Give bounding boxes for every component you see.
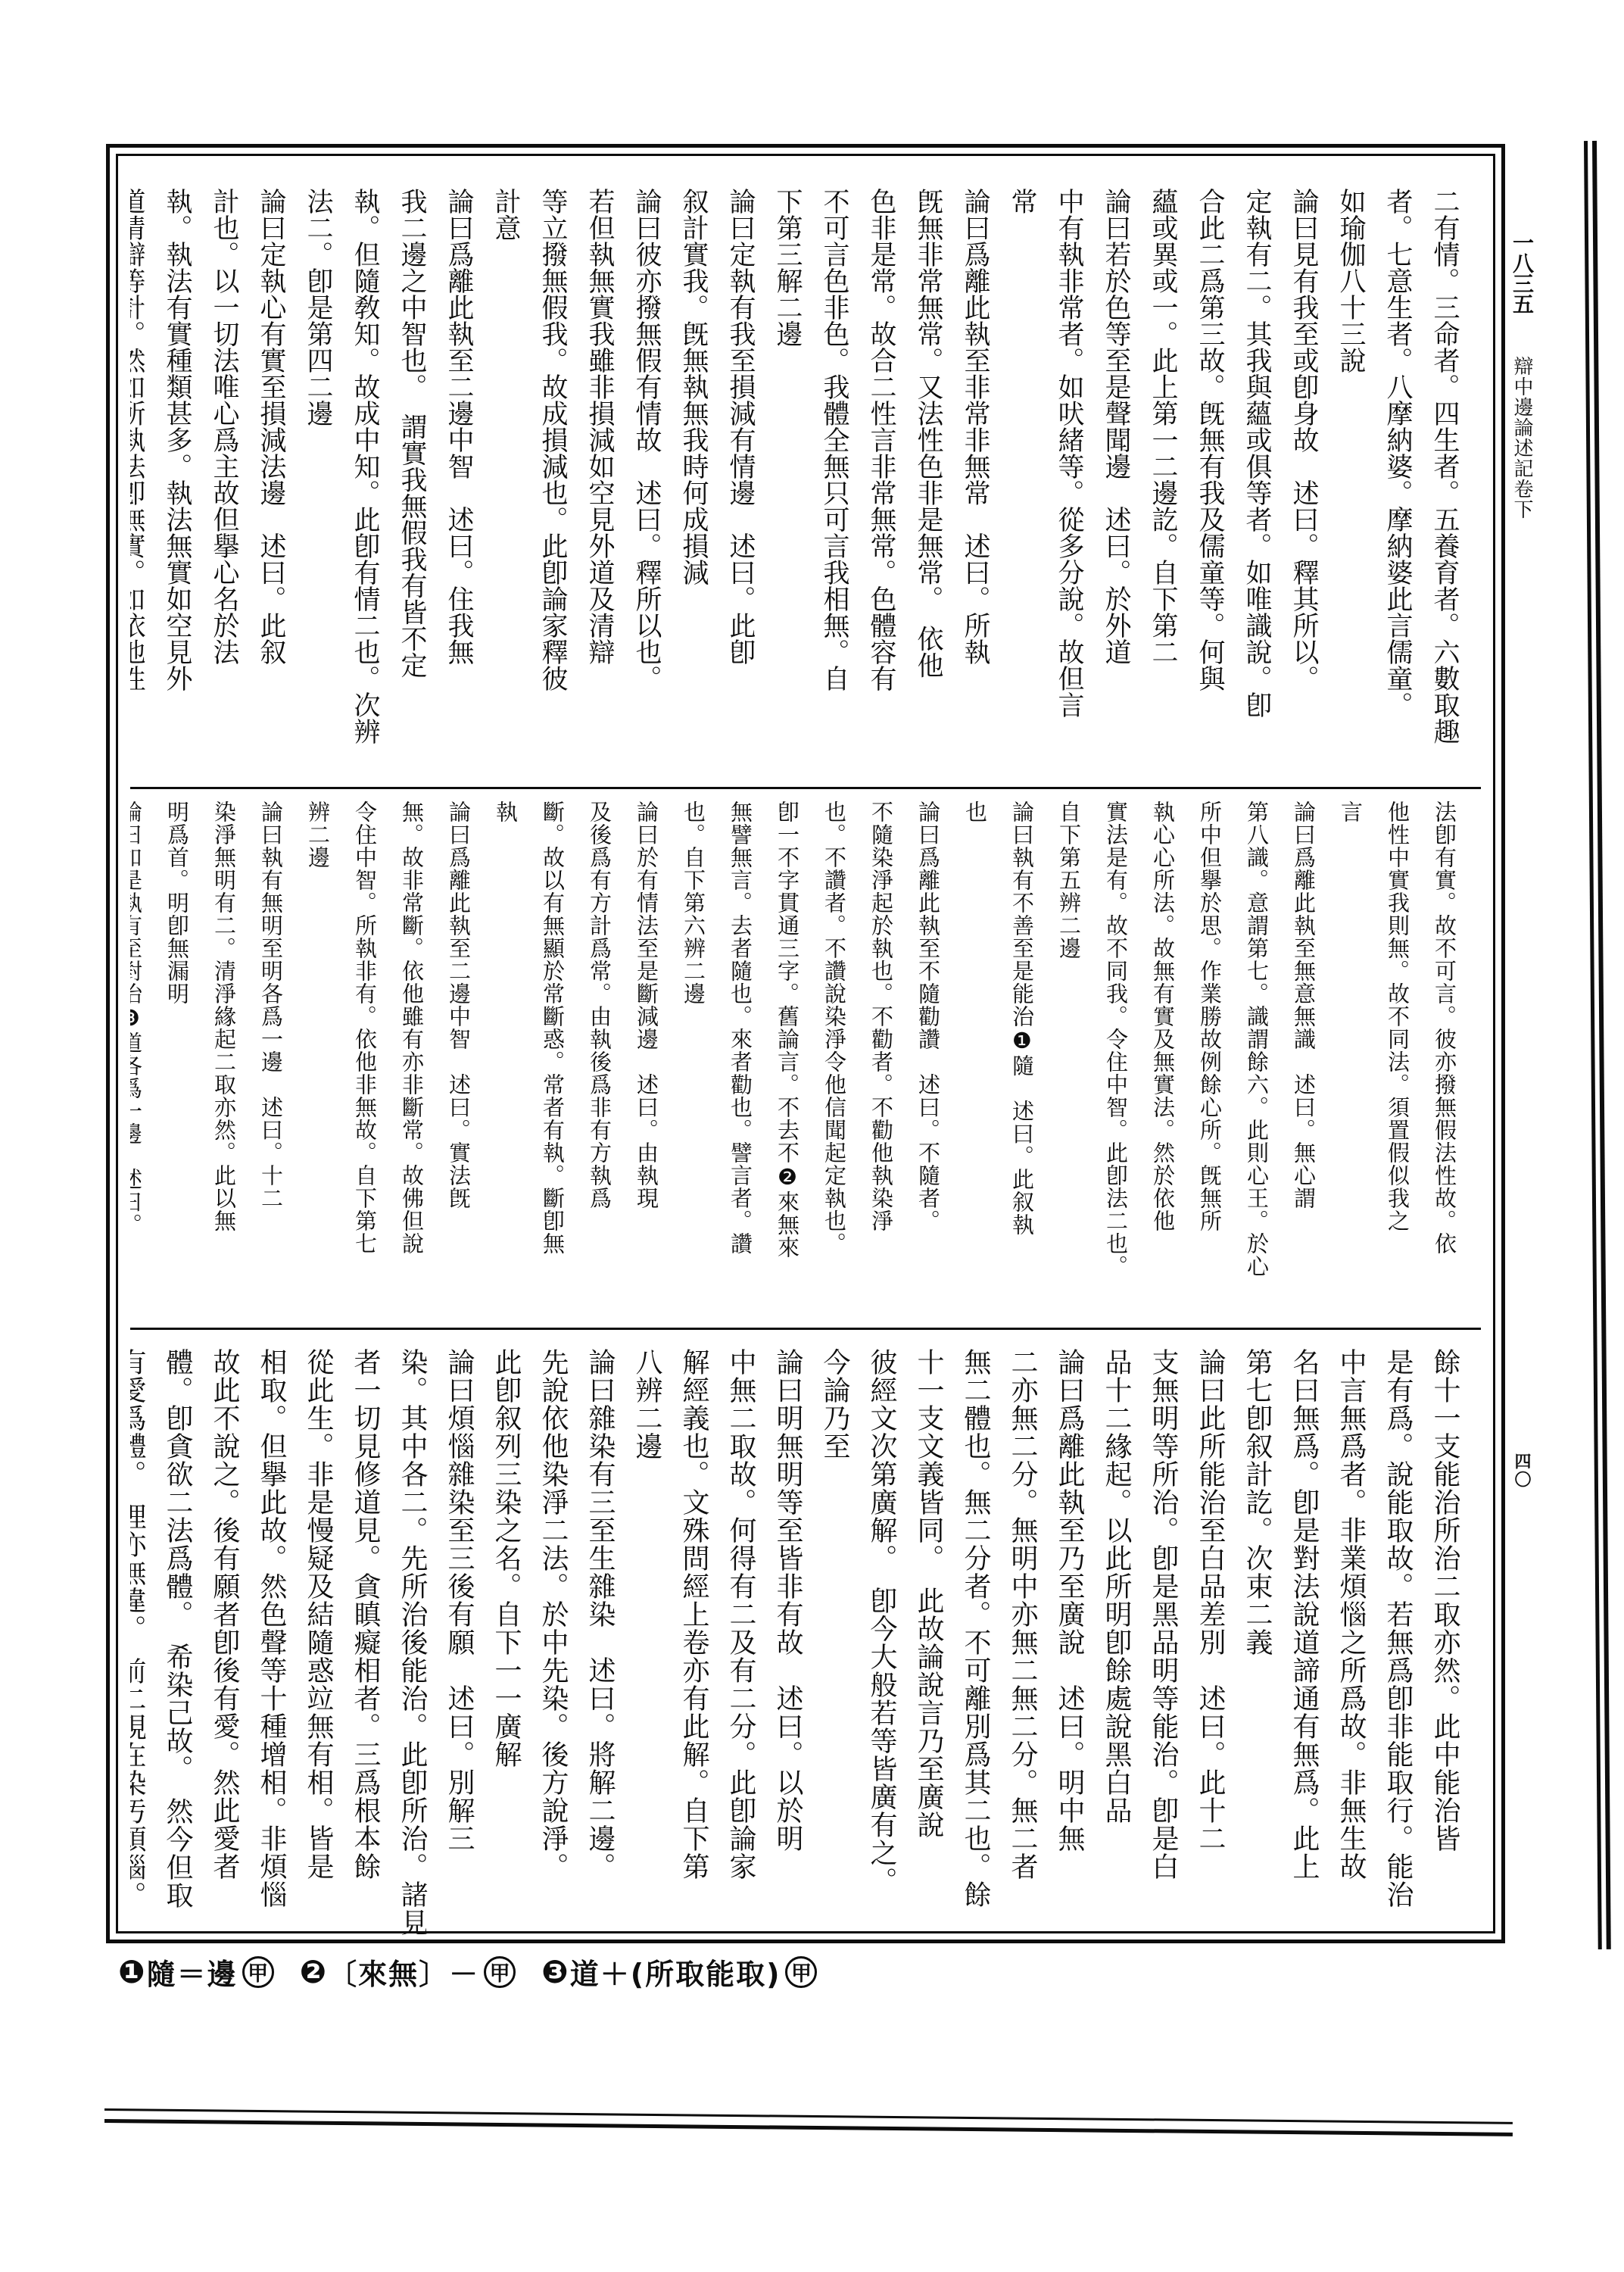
footnote-row: ❶ 隨＝邊 甲 ❷ 〔來無〕－ 甲 ❸ 道＋(所取能取) 甲 bbox=[118, 1951, 817, 1993]
text-column: 支無明等所治。卽是黑品明等能治。卽是白 bbox=[1139, 1348, 1186, 1939]
text-column: 論曰煩惱雜染至三後有願 述曰。別解三 bbox=[435, 1348, 482, 1939]
text-column: 叙計實我。旣無執無我時何成損減 bbox=[669, 188, 716, 782]
text-column: 執心心所法。故無有實及無實法。然於依他 bbox=[1139, 801, 1186, 1323]
text-column: 法二。卽是第四二邊 bbox=[294, 188, 341, 782]
text-column: 彼經文次第廣解。 卽今大般若等皆廣有之。 bbox=[857, 1348, 904, 1939]
page-scan: { "margin_header": { "page_number": "一八三… bbox=[0, 0, 1624, 2272]
text-column: 此卽叙列三染之名。自下一一廣解 bbox=[482, 1348, 528, 1939]
text-column: 二亦無二分。無明中亦無二無二分。無二者 bbox=[998, 1348, 1045, 1939]
text-column: 八辨二邊 bbox=[622, 1348, 669, 1939]
footnote-text: 道＋(所取能取) bbox=[570, 1951, 781, 1993]
text-column: 也。自下第六辨二邊 bbox=[669, 801, 716, 1323]
text-column: 論曰若於色等至是聲聞邊 述曰。於外道 bbox=[1092, 188, 1139, 782]
text-column: 計也。以一切法唯心爲主故但擧心名於法 bbox=[200, 188, 247, 782]
text-column: 常 bbox=[998, 188, 1045, 782]
text-column: 中無二取故。何得有二及有二分。此卽論家 bbox=[716, 1348, 763, 1939]
text-column: 論曰見有我至或卽身故 述曰。釋其所以。 bbox=[1280, 188, 1326, 782]
text-column: 如瑜伽八十三說 bbox=[1326, 188, 1373, 782]
band-middle: 法卽有實。故不可言。彼亦撥無假法性故。依他性中實我則無。故不同法。須置假似我之言… bbox=[130, 789, 1481, 1328]
text-column: 中有執非常者。如吠緒等。從多分說。故但言 bbox=[1045, 188, 1092, 782]
text-column: 執 bbox=[482, 801, 528, 1323]
text-column: 實法是有。故不同我。令住中智。此卽法二也。 bbox=[1092, 801, 1139, 1323]
text-column: 不隨染淨起於執也。不勸者。不勸他執染淨 bbox=[857, 801, 904, 1323]
text-column: 論曰執有無明至明各爲一邊 述曰。十二 bbox=[247, 801, 294, 1323]
folio-number: 四〇 bbox=[1510, 1453, 1533, 1489]
frame-content: 二有情。三命者。四生者。五養育者。六數取趣者。七意生者。八摩納婆。摩納婆此言儒童… bbox=[130, 168, 1481, 1919]
footnote-marker: ❷ bbox=[300, 1956, 327, 1988]
text-column: 論曰明無明等至皆非有故 述曰。以於明 bbox=[763, 1348, 810, 1939]
text-column: 不可言色非色。我體全無只可言我相無。自 bbox=[810, 188, 857, 782]
text-column: 體。卽貪欲二法爲體。 希染己故。 然今但取 bbox=[153, 1348, 200, 1939]
text-column: 道清辯等計。然如所執法卽無實。如依他性 bbox=[130, 188, 153, 782]
text-column: 明爲首。明卽無漏明 bbox=[153, 801, 200, 1323]
margin-page-number: 一八三五 bbox=[1510, 232, 1535, 314]
text-column: 及後爲有方計爲常。由執後爲非有方執爲 bbox=[575, 801, 622, 1323]
text-column: 者。七意生者。八摩納婆。摩納婆此言儒童。 bbox=[1373, 188, 1420, 782]
page-spine-line bbox=[1584, 141, 1611, 1949]
text-column: 言 bbox=[1326, 801, 1373, 1323]
text-column: 論曰雜染有三至生雜染 述曰。將解二邊。 bbox=[575, 1348, 622, 1939]
text-column: 名曰無爲。卽是對法說道諦通有無爲。此上 bbox=[1280, 1348, 1326, 1939]
text-column: 論曰爲離此執至不隨勸讚 述曰。不隨者。 bbox=[904, 801, 951, 1323]
text-column: 解經義也。文殊問經上卷亦有此解。自下第 bbox=[669, 1348, 716, 1939]
text-column: 第八識。意謂第七。識謂餘六。此則心王。於心 bbox=[1233, 801, 1280, 1323]
text-column: 論曰執有不善至是能治❶隨 述曰。此叙執 bbox=[998, 801, 1045, 1323]
text-column: 也 bbox=[951, 801, 998, 1323]
footnote-siglum: 甲 bbox=[785, 1956, 817, 1988]
text-column: 論曰爲離此執至非常非無常 述曰。所執 bbox=[951, 188, 998, 782]
text-column: 是有爲。說能取故。若無爲卽非能取行。能治 bbox=[1373, 1348, 1420, 1939]
text-column: 我二邊之中智也。 謂實我無假我有皆不定 bbox=[388, 188, 435, 782]
text-column: 論曰爲離此執至二邊中智 述曰。實法旣 bbox=[435, 801, 482, 1323]
footnote-text: 隨＝邊 bbox=[147, 1951, 238, 1993]
text-column: 執。執法有實種類甚多。執法無實如空見外 bbox=[153, 188, 200, 782]
text-column: 有愛爲體。 理亦無違。 前二現在染汚煩惱。 bbox=[130, 1348, 153, 1939]
text-column: 法卽有實。故不可言。彼亦撥無假法性故。依 bbox=[1420, 801, 1467, 1323]
text-column: 論曰爲離此執至無意無識 述曰。無心謂 bbox=[1280, 801, 1326, 1323]
band-top: 二有情。三命者。四生者。五養育者。六數取趣者。七意生者。八摩納婆。摩納婆此言儒童… bbox=[130, 168, 1481, 787]
text-column: 論曰爲離此執至乃至廣說 述曰。明中無 bbox=[1045, 1348, 1092, 1939]
text-column: 色非是常。故合二性言非常無常。色體容有 bbox=[857, 188, 904, 782]
volume-title: 辯中邊論述記卷下 bbox=[1510, 356, 1533, 520]
text-column: 他性中實我則無。故不同法。須置假似我之 bbox=[1373, 801, 1420, 1323]
text-column: 合此二爲第三故。旣無有我及儒童等。何與 bbox=[1186, 188, 1233, 782]
footnote-marker: ❸ bbox=[541, 1956, 569, 1988]
text-column: 第七卽叙計訖。次束二義 bbox=[1233, 1348, 1280, 1939]
footnote-marker: ❶ bbox=[118, 1956, 145, 1988]
text-column: 等立撥無假我。故成損減也。此卽論家釋彼 bbox=[528, 188, 575, 782]
text-column: 也。不讚者。不讚說染淨令他信聞起定執也。 bbox=[810, 801, 857, 1323]
text-column: 定執有二。其我與蘊或俱等者。如唯識說。卽 bbox=[1233, 188, 1280, 782]
frame-inner-border: 二有情。三命者。四生者。五養育者。六數取趣者。七意生者。八摩納婆。摩納婆此言儒童… bbox=[116, 154, 1495, 1933]
text-column: 下第三解二邊 bbox=[763, 188, 810, 782]
text-column: 二有情。三命者。四生者。五養育者。六數取趣 bbox=[1420, 188, 1467, 782]
text-column: 今論乃至 bbox=[810, 1348, 857, 1939]
text-column: 先說依他染淨二法。於中先染。後方說淨。 bbox=[528, 1348, 575, 1939]
text-column: 若但執無實我雖非損減如空見外道及清辯 bbox=[575, 188, 622, 782]
text-column: 卽一不字貫通三字。舊論言。不去不❷來無來 bbox=[763, 801, 810, 1323]
text-column: 無譬無言。去者隨也。來者勸也。譬言者。讚 bbox=[716, 801, 763, 1323]
text-column: 論曰爲離此執至二邊中智 述曰。住我無 bbox=[435, 188, 482, 782]
footnote-siglum: 甲 bbox=[242, 1956, 274, 1988]
text-column: 論曰於有情法至是斷減邊 述曰。由執現 bbox=[622, 801, 669, 1323]
text-column: 蘊或異或一。此上第一二邊訖。自下第二 bbox=[1139, 188, 1186, 782]
text-column: 自下第五辨二邊 bbox=[1045, 801, 1092, 1323]
text-column: 辨二邊 bbox=[294, 801, 341, 1323]
text-column: 旣無非常無常。又法性色非是無常。 依他 bbox=[904, 188, 951, 782]
text-column: 中言無爲者。非業煩惱之所爲故。非無生故 bbox=[1326, 1348, 1373, 1939]
text-frame: 二有情。三命者。四生者。五養育者。六數取趣者。七意生者。八摩納婆。摩納婆此言儒童… bbox=[106, 144, 1505, 1943]
text-column: 無二體也。無二分者。不可離別爲其二也。餘 bbox=[951, 1348, 998, 1939]
text-column: 從此生。非是慢疑及結隨惑竝無有相。皆是 bbox=[294, 1348, 341, 1939]
footnote-item: ❶ 隨＝邊 甲 bbox=[118, 1951, 274, 1993]
text-column: 論曰定執心有實至損減法邊 述曰。此叙 bbox=[247, 188, 294, 782]
text-column: 染。其中各二。先所治後能治。此卽所治。諸見 bbox=[388, 1348, 435, 1939]
text-column: 十一支文義皆同。 此故論說言乃至廣說 bbox=[904, 1348, 951, 1939]
text-column: 計意 bbox=[482, 188, 528, 782]
margin-header: 一八三五辯中邊論述記卷下 bbox=[1507, 232, 1537, 520]
footnote-text: 〔來無〕－ bbox=[328, 1951, 479, 1993]
text-column: 故此不說之。後有願者卽後有愛。然此愛者 bbox=[200, 1348, 247, 1939]
text-column: 論曰此所能治至白品差別 述曰。此十二 bbox=[1186, 1348, 1233, 1939]
text-column: 斷。故以有無顯於常斷惑。常者有執。斷卽無 bbox=[528, 801, 575, 1323]
text-column: 染淨無明有二。清淨緣起二取亦然。此以無 bbox=[200, 801, 247, 1323]
text-column: 者一切見修道見。貪瞋癡相者。三爲根本餘 bbox=[341, 1348, 388, 1939]
text-column: 令住中智。所執非有。依他非無故。自下第七 bbox=[341, 801, 388, 1323]
band-bottom: 餘十一支能治所治二取亦然。此中能治皆是有爲。說能取故。若無爲卽非能取行。能治中言… bbox=[130, 1330, 1481, 1943]
text-column: 無。故非常斷。依他雖有亦非斷常。故佛但說 bbox=[388, 801, 435, 1323]
text-column: 論曰如是執有至對治❸道各爲一邊 述曰。 bbox=[130, 801, 153, 1323]
text-column: 論曰彼亦撥無假有情故 述曰。釋所以也。 bbox=[622, 188, 669, 782]
text-column: 餘十一支能治所治二取亦然。此中能治皆 bbox=[1420, 1348, 1467, 1939]
footnote-item: ❷ 〔來無〕－ 甲 bbox=[300, 1951, 516, 1993]
text-column: 論曰定執有我至損減有情邊 述曰。此卽 bbox=[716, 188, 763, 782]
text-column: 所中但擧於思。作業勝故例餘心所。旣無所 bbox=[1186, 801, 1233, 1323]
text-column: 品十二緣起。以此所明卽餘處說黑白品 bbox=[1092, 1348, 1139, 1939]
footnote-item: ❸ 道＋(所取能取) 甲 bbox=[541, 1951, 817, 1993]
text-column: 執。但隨敎知。故成中知。此卽有情二也。次辨 bbox=[341, 188, 388, 782]
footnote-siglum: 甲 bbox=[484, 1956, 516, 1988]
text-column: 相取。但擧此故。然色聲等十種增相。非煩惱 bbox=[247, 1348, 294, 1939]
